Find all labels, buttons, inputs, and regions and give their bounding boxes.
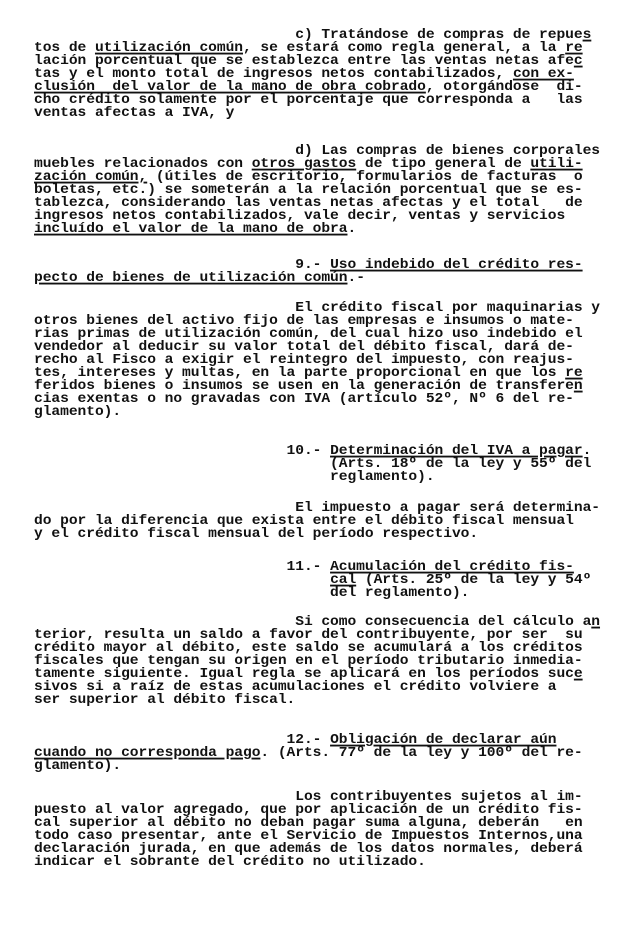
section-9-heading: 9.- Uso indebido del crédito res-pecto d… [34,259,614,285]
text-line: El impuesto a pagar será determina- [34,503,614,515]
text-line: Si como consecuencia del cálculo an [34,617,614,629]
section-12-body: Los contribuyentes sujetos al im-puesto … [34,791,614,869]
text-line: otros bienes del activo fijo de las empr… [34,316,614,328]
text-run: indicar el sobrante del crédito no utili… [34,855,426,870]
text-line: incluído el valor de la mano de obra. [34,224,614,236]
underlined-text: incluído el valor de la mano de obra [34,222,347,237]
text-run: glamento). [34,759,121,774]
text-run: del reglamento). [34,586,469,601]
text-run: .- [347,271,364,286]
text-line: tas y el monto total de ingresos netos c… [34,69,614,81]
text-line: crédito mayor al débito, este saldo se a… [34,643,614,655]
text-line: declaración jurada, en que además de los… [34,844,614,856]
text-line: cho crédito solamente por el porcentaje … [34,95,614,107]
text-line: ventas afectas a IVA, y [34,108,614,120]
text-line: ingresos netos contabilizados, vale deci… [34,211,614,223]
text-line: glamento). [34,761,614,773]
text-line: (Arts. 18º de la ley y 55º del [34,459,614,471]
text-line: 9.- Uso indebido del crédito res- [34,260,614,272]
text-line: tamente siguiente. Igual regla se aplica… [34,669,614,681]
text-line: glamento). [34,407,614,419]
text-line: reglamento). [34,472,614,484]
underlined-text: n [574,379,583,394]
text-line: y el crédito fiscal mensual del período … [34,529,614,541]
section-9-body: El crédito fiscal por maquinarias yotros… [34,302,614,419]
section-10-heading: 10.- Determinación del IVA a pagar. (Art… [34,445,614,484]
text-line: cal (Arts. 25º de la ley y 54º [34,575,614,587]
text-line: rias primas de utilización común, del cu… [34,329,614,341]
text-line: c) Tratándose de compras de repues [34,30,614,42]
text-line: tes, intereses y multas, en la parte pro… [34,368,614,380]
text-line: puesto al valor agregado, que por aplica… [34,805,614,817]
text-line: lación porcentual que se establezca entr… [34,56,614,68]
text-line: 11.- Acumulación del crédito fis- [34,562,614,574]
paragraph-item-d: d) Las compras de bienes corporalesmuebl… [34,145,614,236]
text-line: cias exentas o no gravadas con IVA (artí… [34,394,614,406]
text-line: cal superior al débito no deban pagar su… [34,818,614,830]
text-line: todo caso presentar, ante el Servicio de… [34,831,614,843]
text-run: reglamento). [34,470,435,485]
text-line: muebles relacionados con otros gastos de… [34,159,614,171]
text-line: tablezca, considerando las ventas netas … [34,198,614,210]
text-line: clusión del valor de la mano de obra cob… [34,82,614,94]
text-line: sivos si a raíz de estas acumulaciones e… [34,682,614,694]
paragraph-item-c: c) Tratándose de compras de repuestos de… [34,29,614,120]
underlined-text: s [583,28,592,43]
text-run: ventas afectas a IVA, y [34,106,234,121]
text-line: El crédito fiscal por maquinarias y [34,303,614,315]
text-line: zación común, (útiles de escritorio, for… [34,172,614,184]
text-line: terior, resulta un saldo a favor del con… [34,630,614,642]
text-line: del reglamento). [34,588,614,600]
text-line: Los contribuyentes sujetos al im- [34,792,614,804]
text-line: d) Las compras de bienes corporales [34,146,614,158]
underlined-text: c [574,54,583,69]
text-line: indicar el sobrante del crédito no utili… [34,857,614,869]
text-line: vendedor al deducir su valor total del d… [34,342,614,354]
underlined-text: n [591,615,600,630]
text-line: cuando no corresponda pago. (Arts. 77º d… [34,748,614,760]
text-run: glamento). [34,405,121,420]
underlined-text: pecto de bienes de utilización común [34,271,347,286]
text-line: ser superior al débito fiscal. [34,695,614,707]
underlined-text: Uso indebido del crédito res- [330,258,583,273]
scanned-document-page: c) Tratándose de compras de repuestos de… [0,0,630,932]
text-line: do por la diferencia que exista entre el… [34,516,614,528]
text-line: 10.- Determinación del IVA a pagar. [34,446,614,458]
section-11-heading: 11.- Acumulación del crédito fis- cal (A… [34,561,614,600]
text-run: ser superior al débito fiscal. [34,693,295,708]
text-run: . [347,222,356,237]
section-10-body: El impuesto a pagar será determina-do po… [34,502,614,541]
underlined-text: e [574,667,583,682]
text-line: recho al Fisco a exigir el reintegro del… [34,355,614,367]
text-run: y el crédito fiscal mensual del período … [34,527,478,542]
text-line: feridos bienes o insumos se usen en la g… [34,381,614,393]
section-11-body: Si como consecuencia del cálculo anterio… [34,616,614,707]
text-line: fiscales que tengan su origen en el perí… [34,656,614,668]
text-line: boletas, etc.) se someterán a la relació… [34,185,614,197]
text-run: . (Arts. 77º de la ley y 100º del re- [260,746,582,761]
text-line: pecto de bienes de utilización común.- [34,273,614,285]
text-line: 12.- Obligación de declarar aún [34,735,614,747]
section-12-heading: 12.- Obligación de declarar aúncuando no… [34,734,614,773]
text-line: tos de utilización común, se estará como… [34,43,614,55]
